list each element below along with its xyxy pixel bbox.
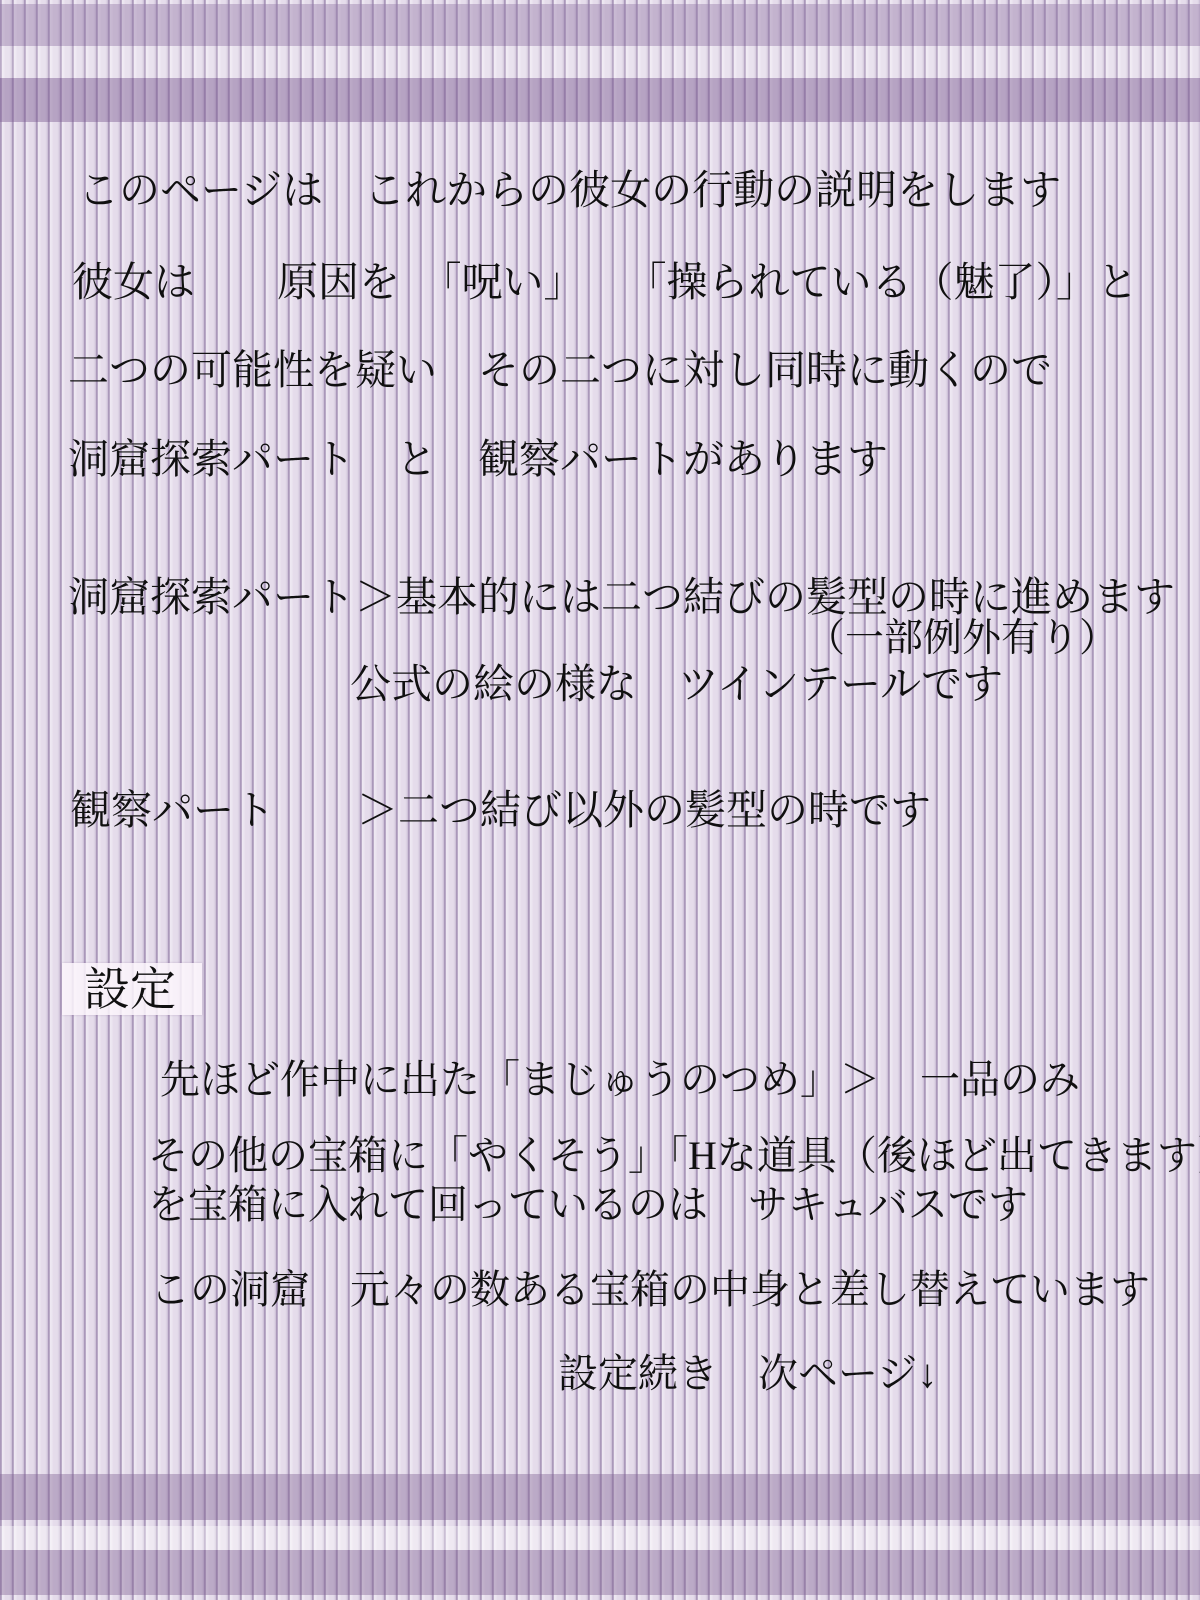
settings-item-chests-line-1: その他の宝箱に「やくそう」「Hな道具（後ほど出てきます）」 [148, 1134, 1200, 1178]
settings-item-chests-line-2: を宝箱に入れて回っているのは サキュバスです [148, 1183, 1028, 1227]
cave-part-style-line: 公式の絵の様な ツインテールです [350, 662, 1003, 707]
intro-line-4: 洞窟探索パート と 観察パートがあります [68, 437, 888, 482]
cave-part-exception-note: （一部例外有り） [806, 618, 1118, 661]
top-stripe-gap-highlight [0, 46, 1200, 78]
bottom-stripe-band-lower [0, 1550, 1200, 1595]
intro-line-2: 彼女は 原因を 「呪い」 「操られている（魅了）」と [72, 260, 1138, 305]
bottom-stripe-gap-highlight [0, 1526, 1200, 1550]
bottom-stripe-band-upper [0, 1474, 1200, 1520]
settings-item-cave: この洞窟 元々の数ある宝箱の中身と差し替えています [150, 1268, 1150, 1312]
intro-line-3: 二つの可能性を疑い その二つに対し同時に動くので [68, 348, 1052, 393]
settings-item-claw: 先ほど作中に出た「まじゅうのつめ」＞ 一品のみ [160, 1058, 1080, 1102]
cave-part-heading: 洞窟探索パート＞基本的には二つ結びの髪型の時に進めます [68, 575, 1175, 620]
manga-explanation-page: このページは これからの彼女の行動の説明をします 彼女は 原因を 「呪い」 「操… [0, 0, 1200, 1600]
settings-label-box: 設定 [62, 963, 202, 1015]
observation-part-heading: 観察パート ＞二つ結び以外の髪型の時です [70, 788, 931, 833]
intro-line-1: このページは これからの彼女の行動の説明をします [78, 168, 1061, 213]
top-stripe-band-lower [0, 78, 1200, 122]
top-stripe-band-upper [0, 4, 1200, 46]
settings-continuation-note: 設定続き 次ページ↓ [558, 1352, 937, 1396]
settings-label: 設定 [84, 965, 176, 1016]
